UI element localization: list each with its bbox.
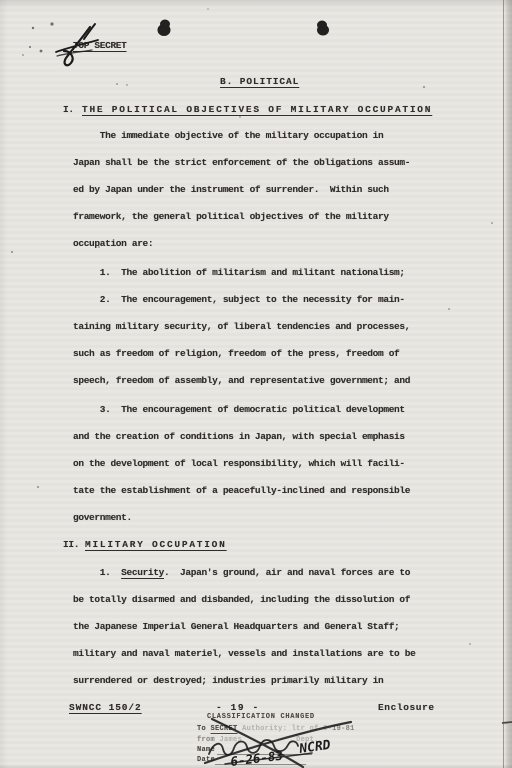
stamp-name-blank-line [217,754,312,755]
stamp-to-authority: Authority: ltr of 6- [242,725,332,733]
stamp-to-label: To [197,725,206,733]
enclosure-label: Enclosure [378,702,435,713]
page-right-edge-shadow [503,0,512,768]
document-number: SWNCC 150/2 [69,702,142,713]
security-item-prefix: 1. [73,567,121,578]
list-item-line: 3. The encouragement of democratic polit… [73,404,405,415]
security-item-rest: . Japan's ground, air and naval forces a… [164,567,410,578]
list-item-line: 1. The abolition of militarism and milit… [73,267,405,278]
page-number: - 19 - [216,702,260,713]
paragraph-line: occupation are: [73,238,153,249]
stamp-from-name: James [220,736,243,744]
list-item-line: government. [73,512,132,523]
list-item-line: taining military security, of liberal te… [73,321,410,332]
list-item-line: on the development of local responsibili… [73,458,405,469]
paragraph-line: framework, the general political objecti… [73,211,389,222]
heading-1-title: THE POLITICAL OBJECTIVES OF MILITARY OCC… [82,104,432,115]
page-bottom-edge-shadow [0,764,512,768]
paragraph-line: military and naval materiel, vessels and… [73,648,415,659]
paragraph-line: be totally disarmed and disbanded, inclu… [73,594,410,605]
stamp-from-dept: Dept. [296,736,319,744]
classification-marking: TOP SECRET [73,40,127,51]
list-item-line: tate the establishment of a peacefully-i… [73,485,410,496]
list-item-line: speech, freedom of assembly, and represe… [73,375,410,386]
stamp-from-label: from [197,736,215,744]
stamp-title: CLASSIFICATION CHANGED [207,713,315,721]
stamp-name-line: Name [197,746,215,754]
paragraph-line: Japan shall be the strict enforcement of… [73,157,410,168]
stamp-from-line: from James Dept. [197,736,319,744]
paragraph-line: the Japanese Imperial General Headquarte… [73,621,399,632]
hole-punch-mark-right [317,21,329,36]
paragraph-line: surrendered or destroyed; industries pri… [73,675,383,686]
heading-2-title: MILITARY OCCUPATION [85,539,227,550]
stamp-date-line: Date [197,756,215,764]
stamp-to-line: To SECRET Authority: ltr of 6-19-81 [197,725,355,733]
list-item-line: and the creation of conditions in Japan,… [73,431,405,442]
hole-punch-mark-left [158,20,171,37]
list-item-line: 2. The encouragement, subject to the nec… [73,294,405,305]
security-item-term: Security [121,567,164,578]
paragraph-line: The immediate objective of the military … [73,130,383,141]
heading-2-numeral: II. [63,539,79,550]
heading-1-numeral: I. [63,104,74,115]
list-item-line: such as freedom of religion, freedom of … [73,348,399,359]
stamp-to-value: SECRET [211,725,238,733]
scanned-document-page: TOP SECRET B. POLITICAL I. THE POLITICAL… [0,0,512,768]
security-paragraph-first-line: 1. Security. Japan's ground, air and nav… [73,567,410,578]
paragraph-line: ed by Japan under the instrument of surr… [73,184,389,195]
stamp-authority-date: 19-81 [332,725,355,733]
section-header: B. POLITICAL [220,76,299,87]
